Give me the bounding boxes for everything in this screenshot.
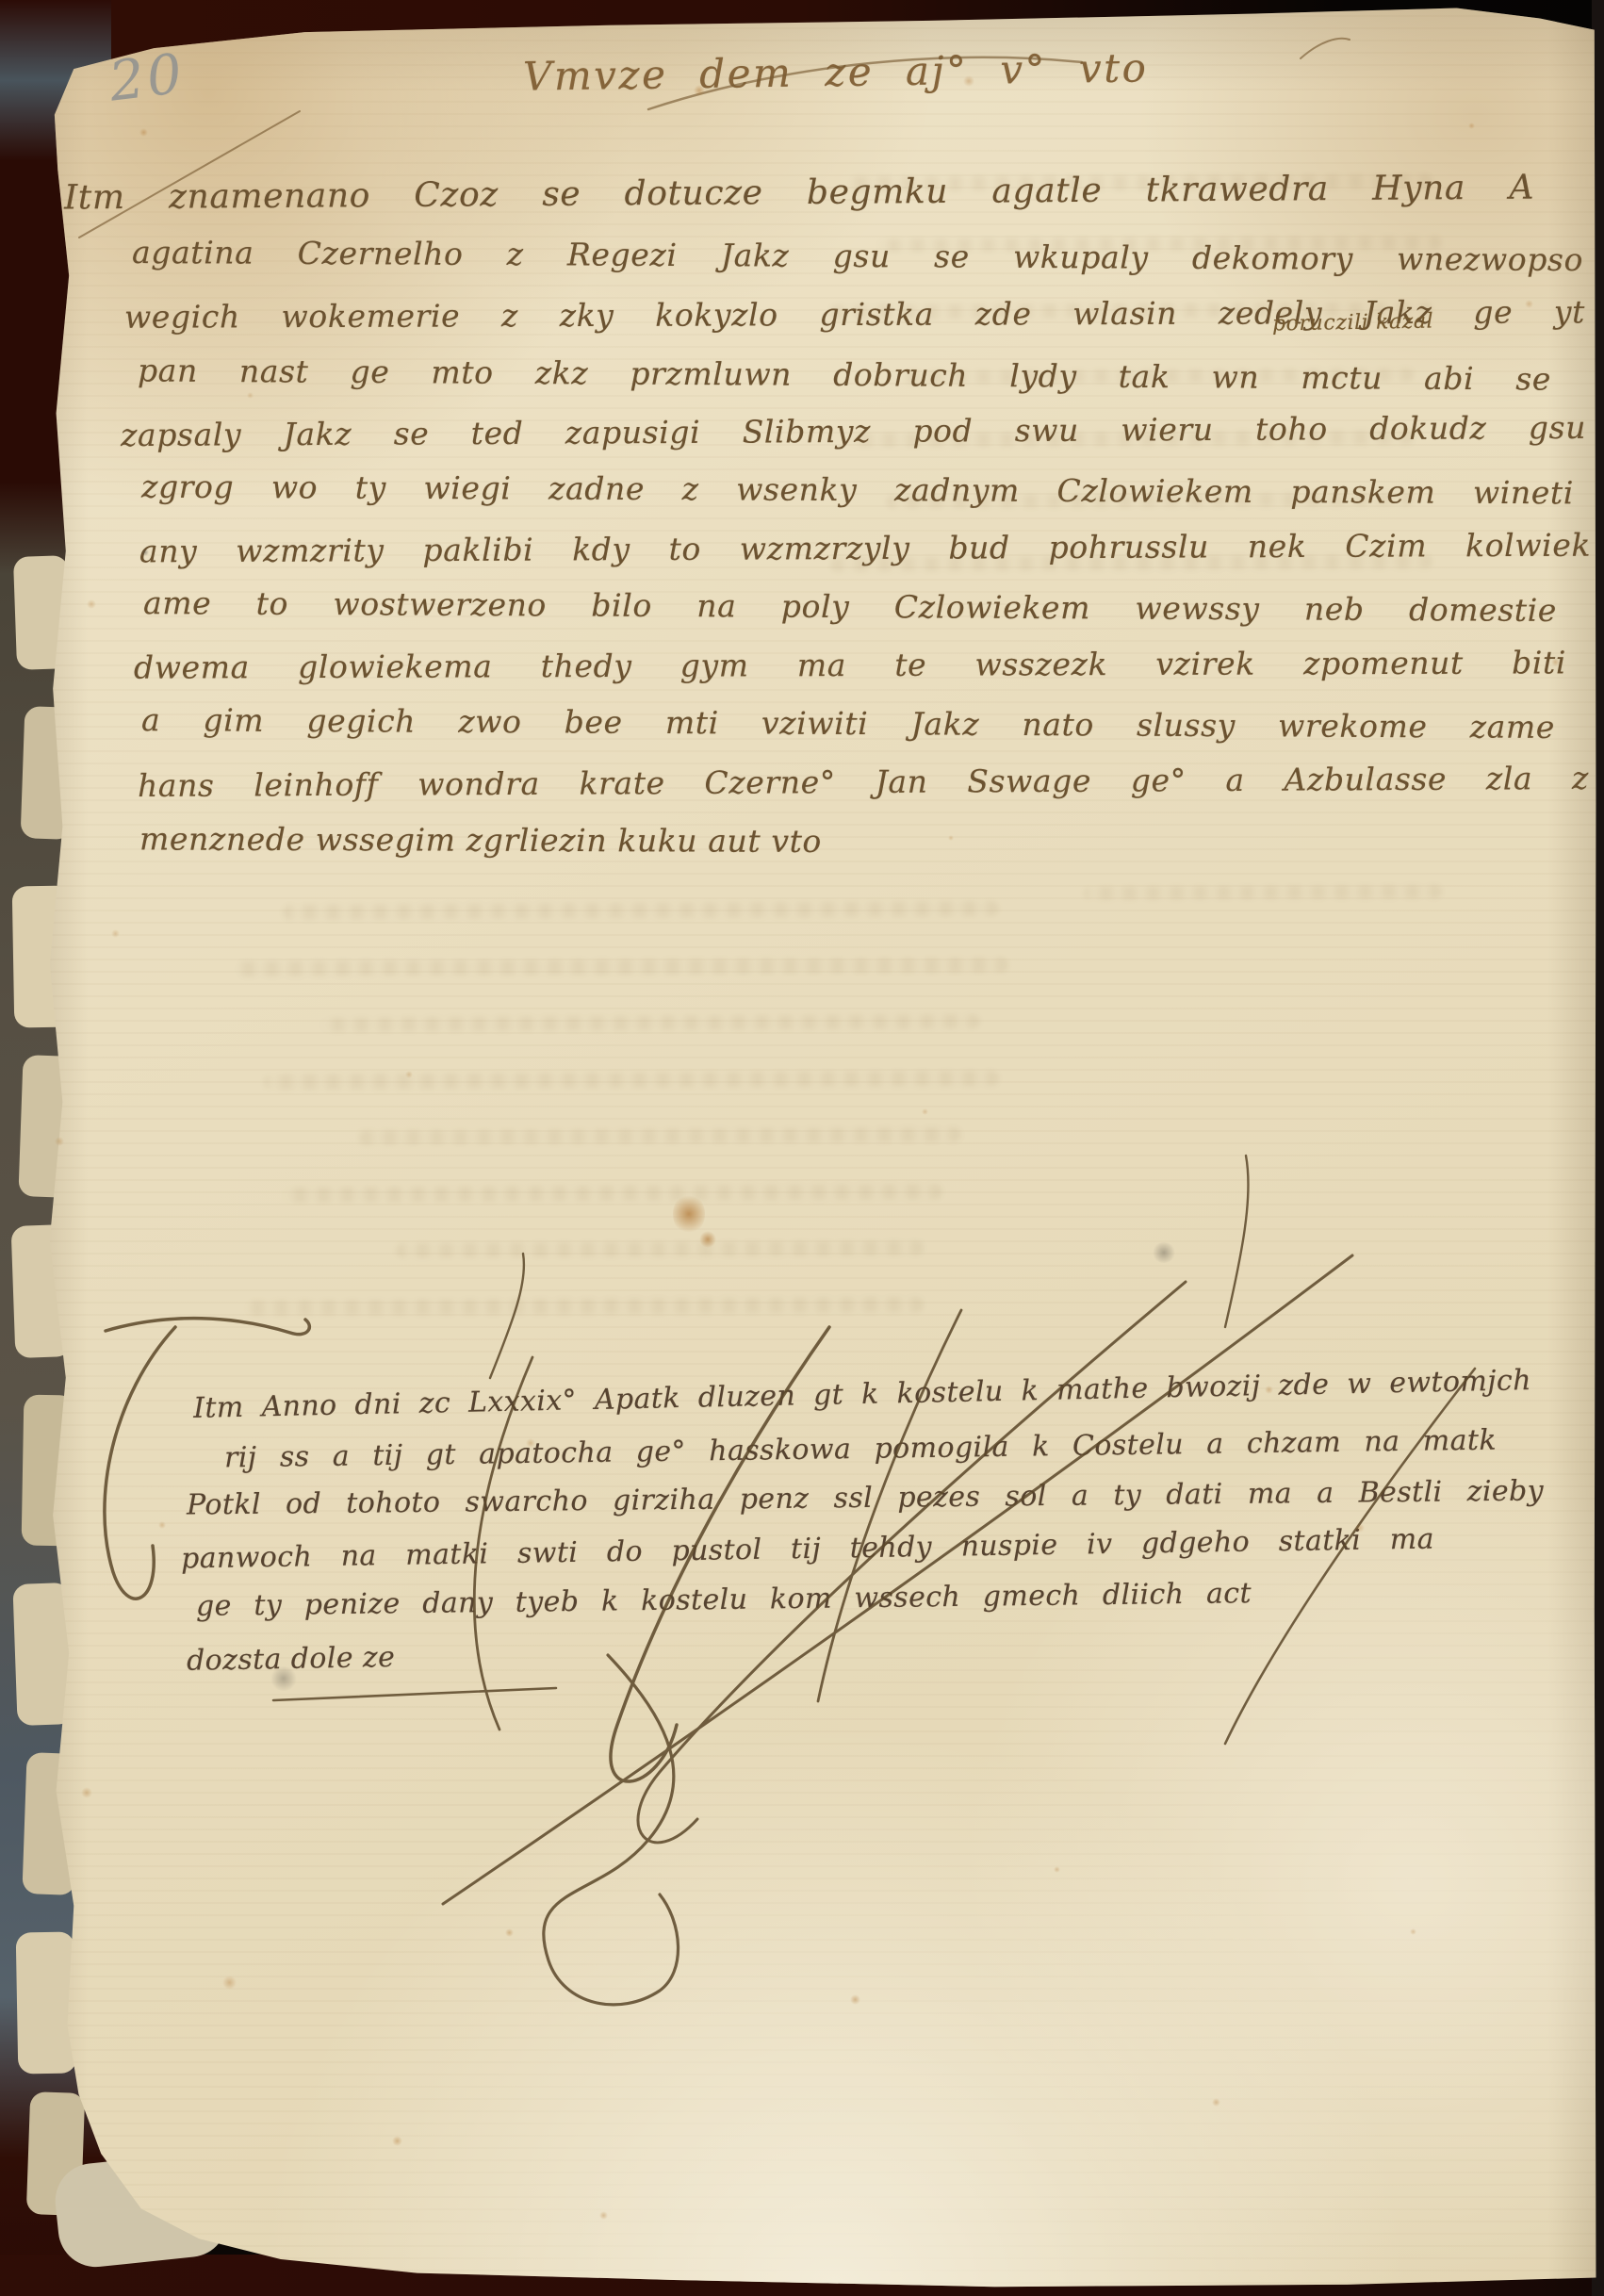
manuscript-line: agatina Czernelho z Regezi Jakz gsu se w…: [132, 234, 1583, 278]
foxing-spot: [81, 1787, 92, 1798]
manuscript-line: any wzmzrity paklibi kdy to wzmzrzyly bu…: [139, 527, 1591, 570]
foxing-spot: [55, 1137, 64, 1146]
foxing-spot: [1355, 1523, 1365, 1533]
foxing-spot: [694, 85, 705, 96]
foxing-spot: [948, 835, 954, 841]
foxing-spot: [1410, 1928, 1416, 1935]
show-through-line: [1084, 885, 1442, 900]
smudge: [1152, 1242, 1176, 1263]
interlinear-insertion: poruczili kazal: [1272, 310, 1434, 336]
manuscript-line: zapsaly Jakz se ted zapusigi Slibmyz pod…: [121, 409, 1586, 453]
manuscript-line: a gim gegich zwo bee mti vziwiti Jakz na…: [141, 701, 1555, 746]
smudge: [141, 549, 149, 556]
foxing-spot: [963, 75, 974, 87]
manuscript-line: ame to wostwerzeno bilo na poly Czlowiek…: [143, 584, 1557, 629]
entry-heading: Vmvze dem ze aj° v° vto: [523, 44, 1149, 99]
manuscript-line: hans leinhoff wondra krate Czerne° Jan S…: [138, 760, 1589, 804]
foxing-spot: [330, 660, 336, 665]
foxing-spot: [850, 1994, 860, 2005]
foxing-spot: [158, 1521, 166, 1529]
manuscript-line: dwema glowiekema thedy gym ma te wsszezk…: [134, 644, 1566, 685]
foxing-spot: [87, 599, 96, 609]
foxing-spot: [1054, 1866, 1060, 1873]
ink-blot: [673, 1193, 705, 1235]
manuscript-line: zgrog wo ty wiegi zadne z wsenky zadnym …: [141, 468, 1574, 512]
foxing-spot: [247, 392, 254, 399]
paper-sheet: [0, 0, 1604, 2296]
foxing-spot: [392, 2136, 402, 2146]
show-through-line: [396, 1241, 924, 1258]
foxing-spot: [111, 929, 120, 938]
foxing-spot: [222, 1976, 237, 1990]
foxing-spot: [599, 2211, 608, 2220]
foxing-spot: [1468, 123, 1475, 129]
manuscript-line: menznede wssegim zgrliezin kuku aut vto: [139, 820, 988, 860]
smudge: [270, 1666, 298, 1691]
foxing-spot: [1551, 658, 1560, 666]
foxing-spot: [505, 1928, 514, 1937]
foxing-spot: [1212, 2098, 1220, 2107]
scanned-page: 20 Vmvze dem ze aj° v° vto Itm znamenano…: [0, 0, 1604, 2296]
foxing-spot: [139, 128, 148, 137]
foxing-spot: [1265, 1386, 1273, 1394]
closing-line: dozsta dole ze: [187, 1639, 489, 1678]
folio-number: 20: [106, 41, 188, 113]
ink-blot: [699, 1231, 716, 1248]
foxing-spot: [526, 1438, 535, 1448]
foxing-spot: [922, 1108, 928, 1115]
page-edge-tab: [16, 1931, 77, 2074]
foxing-spot: [405, 1071, 413, 1078]
foxing-spot: [1525, 300, 1533, 308]
